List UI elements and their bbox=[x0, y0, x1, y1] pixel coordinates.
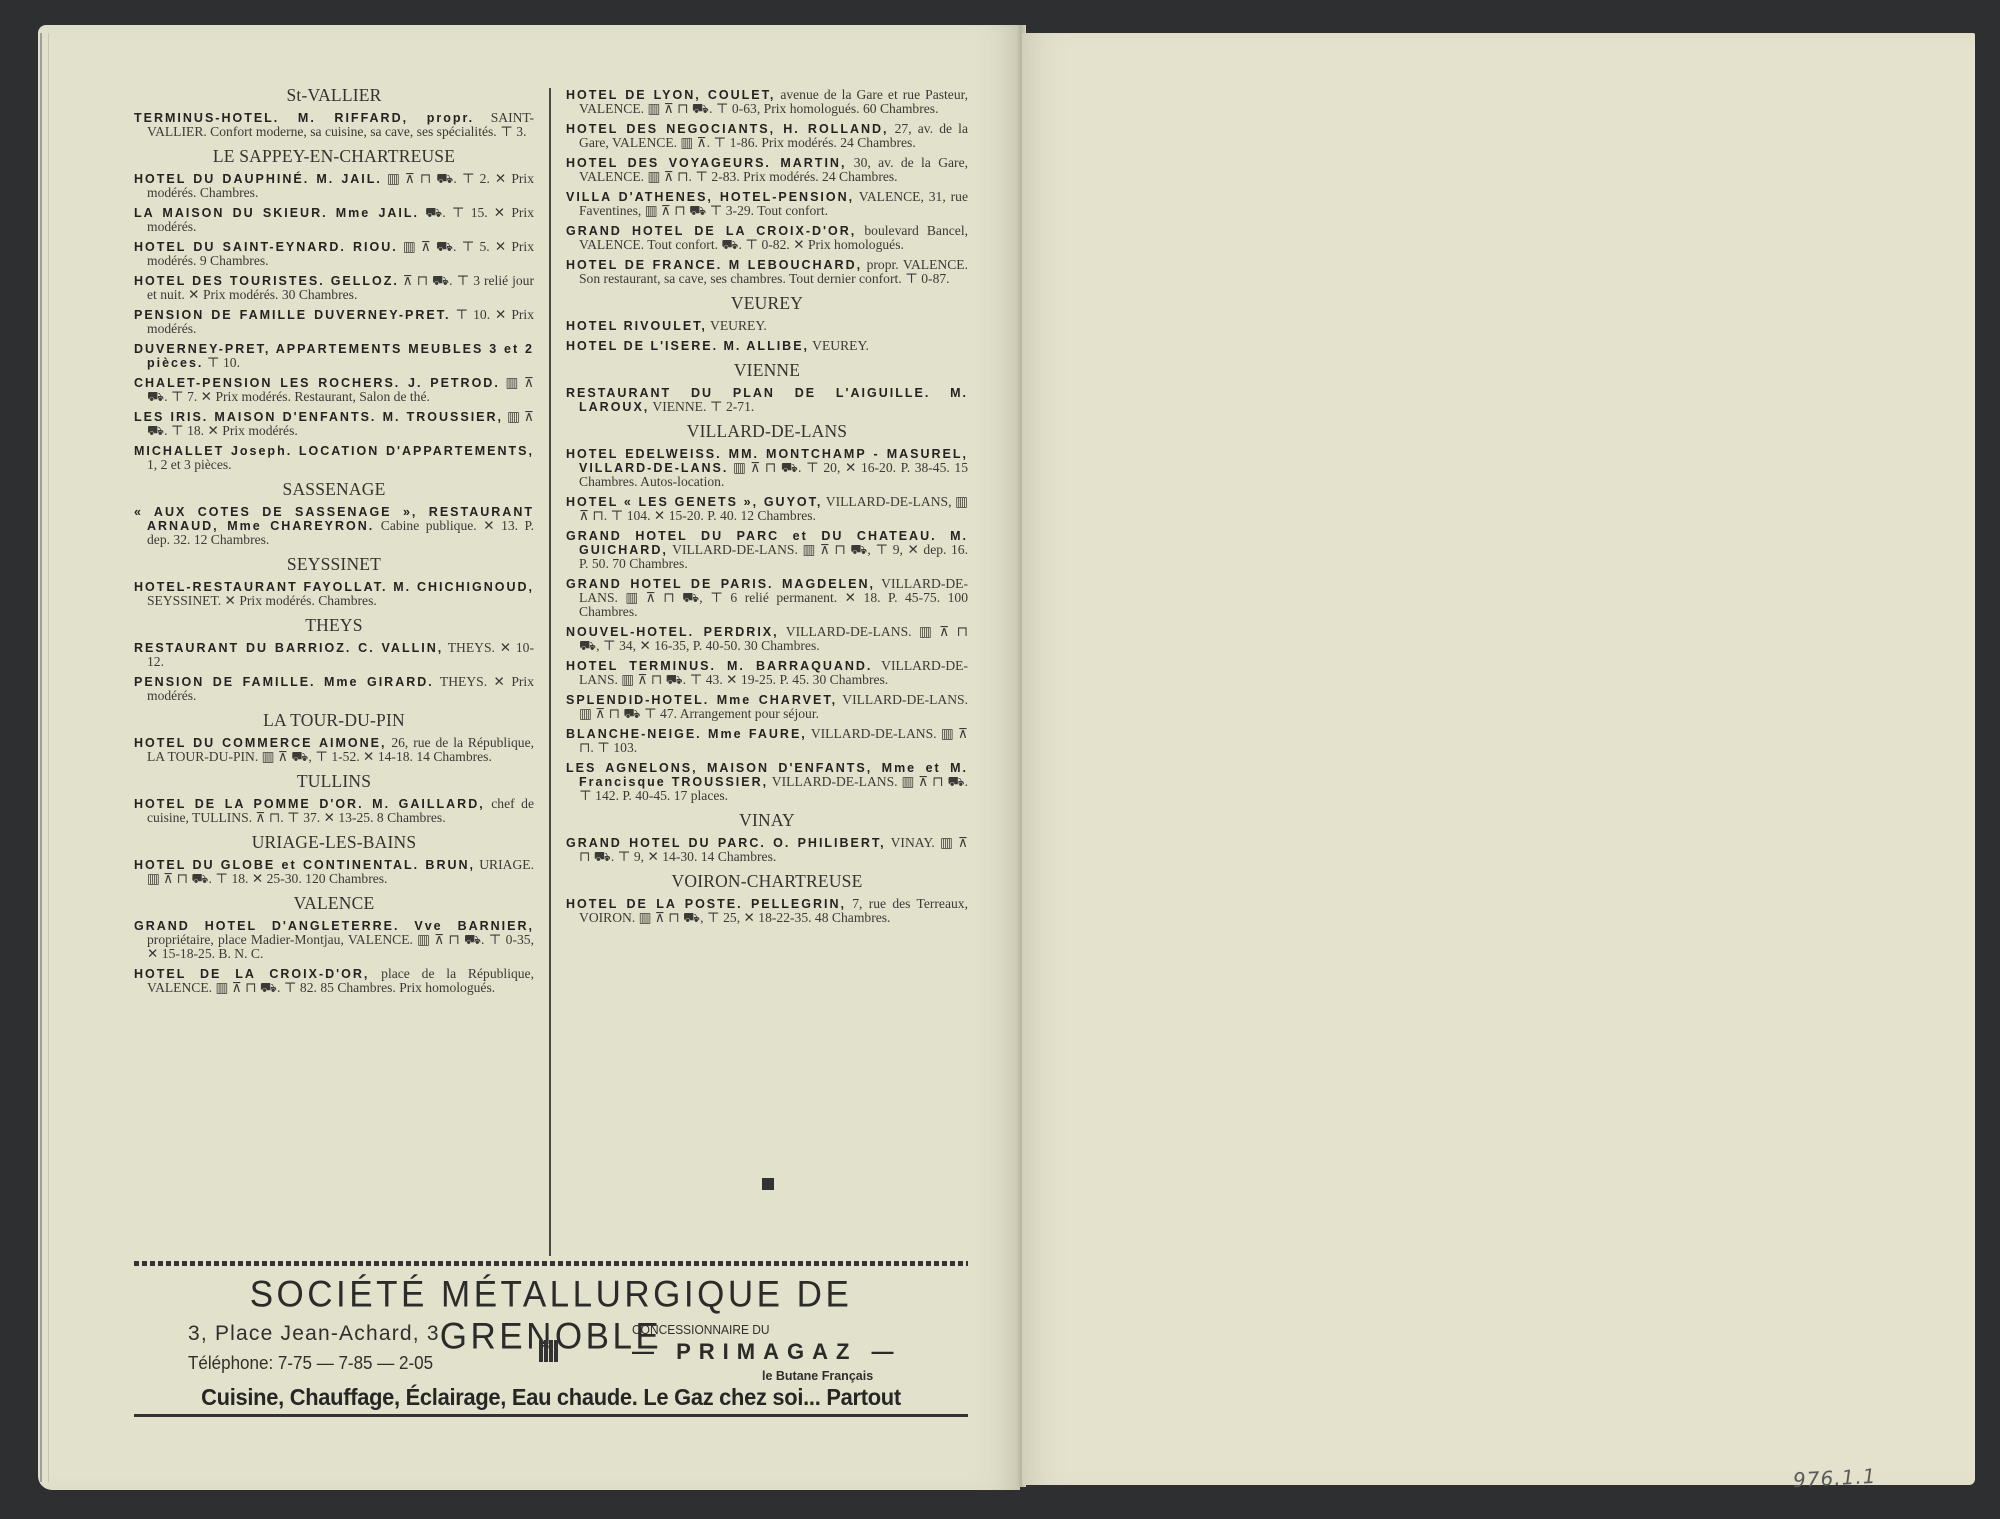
hotel-detail: VEUREY. bbox=[707, 318, 767, 333]
ad-concession-label: CONCESSIONNAIRE DU bbox=[632, 1322, 770, 1337]
town-heading: THEYS bbox=[134, 618, 534, 632]
town-heading: URIAGE-LES-BAINS bbox=[134, 835, 534, 849]
hotel-name: NOUVEL-HOTEL. PERDRIX, bbox=[566, 625, 779, 639]
directory-column-right: HOTEL DE LYON, COULET, avenue de la Gare… bbox=[566, 88, 968, 931]
hotel-name: PENSION DE FAMILLE. Mme GIRARD. bbox=[134, 675, 434, 689]
hotel-entry: NOUVEL-HOTEL. PERDRIX, VILLARD-DE-LANS. … bbox=[566, 625, 968, 653]
hotel-entry: PENSION DE FAMILLE DUVERNEY-PRET. ⊤ 10. … bbox=[134, 308, 534, 336]
hotel-entry: VILLA D'ATHENES, HOTEL-PENSION, VALENCE,… bbox=[566, 190, 968, 218]
right-page-blank bbox=[1022, 33, 1975, 1485]
hotel-detail: propriétaire, place Madier-Montjau, VALE… bbox=[147, 932, 534, 961]
hotel-name: HOTEL DU COMMERCE AIMONE, bbox=[134, 736, 386, 750]
ad-address: 3, Place Jean-Achard, 3 bbox=[188, 1322, 440, 1346]
hotel-entry: HOTEL DE LYON, COULET, avenue de la Gare… bbox=[566, 88, 968, 116]
hotel-entry: HOTEL TERMINUS. M. BARRAQUAND. VILLARD-D… bbox=[566, 659, 968, 687]
town-heading: LA TOUR-DU-PIN bbox=[134, 713, 534, 727]
hotel-entry: HOTEL DU SAINT-EYNARD. RIOU. ▥ ⊼ ⛟. ⊤ 5.… bbox=[134, 240, 534, 268]
hotel-name: TERMINUS-HOTEL. M. RIFFARD, propr. bbox=[134, 111, 474, 125]
hotel-detail: SEYSSINET. ✕ Prix modérés. Chambres. bbox=[147, 593, 377, 608]
hotel-name: HOTEL DE L'ISERE. M. ALLIBE, bbox=[566, 339, 809, 353]
hotel-name: GRAND HOTEL DU PARC. O. PHILIBERT, bbox=[566, 836, 886, 850]
column-divider bbox=[549, 88, 551, 1256]
hotel-entry: MICHALLET Joseph. LOCATION D'APPARTEMENT… bbox=[134, 444, 534, 472]
hotel-name: MICHALLET Joseph. LOCATION D'APPARTEMENT… bbox=[134, 444, 534, 458]
hotel-entry: HOTEL DE LA POMME D'OR. M. GAILLARD, che… bbox=[134, 797, 534, 825]
town-heading: TULLINS bbox=[134, 774, 534, 788]
hotel-entry: LA MAISON DU SKIEUR. Mme JAIL. ⛟. ⊤ 15. … bbox=[134, 206, 534, 234]
ad-slogan: Cuisine, Chauffage, Éclairage, Eau chaud… bbox=[163, 1384, 939, 1411]
hotel-name: RESTAURANT DU PLAN DE L'AIGUILLE. M. LAR… bbox=[566, 386, 968, 414]
town-heading: SEYSSINET bbox=[134, 557, 534, 571]
hotel-entry: GRAND HOTEL DU PARC. O. PHILIBERT, VINAY… bbox=[566, 836, 968, 864]
hotel-entry: HOTEL DES NEGOCIANTS, H. ROLLAND, 27, av… bbox=[566, 122, 968, 150]
hotel-name: GRAND HOTEL DE LA CROIX-D'OR, bbox=[566, 224, 856, 238]
hotel-name: LES IRIS. MAISON D'ENFANTS. M. TROUSSIER… bbox=[134, 410, 503, 424]
hotel-name: HOTEL DU DAUPHINÉ. M. JAIL. bbox=[134, 172, 382, 186]
hotel-entry: DUVERNEY-PRET, APPARTEMENTS MEUBLES 3 et… bbox=[134, 342, 534, 370]
hotel-name: VILLA D'ATHENES, HOTEL-PENSION, bbox=[566, 190, 854, 204]
directory-column-left: St-VALLIERTERMINUS-HOTEL. M. RIFFARD, pr… bbox=[134, 88, 534, 1001]
hotel-detail: ⊤ 10. bbox=[203, 355, 240, 370]
hotel-name: HOTEL DE LYON, COULET, bbox=[566, 88, 775, 102]
hotel-entry: RESTAURANT DU PLAN DE L'AIGUILLE. M. LAR… bbox=[566, 386, 968, 414]
hotel-name: LA MAISON DU SKIEUR. Mme JAIL. bbox=[134, 206, 419, 220]
hotel-name: HOTEL-RESTAURANT FAYOLLAT. M. CHICHIGNOU… bbox=[134, 580, 534, 594]
hotel-name: HOTEL « LES GENETS », GUYOT, bbox=[566, 495, 822, 509]
hotel-entry: GRAND HOTEL DE PARIS. MAGDELEN, VILLARD-… bbox=[566, 577, 968, 619]
ad-bottom-rule bbox=[134, 1414, 968, 1417]
hotel-detail: 1, 2 et 3 pièces. bbox=[147, 457, 232, 472]
hotel-detail: VEUREY. bbox=[809, 338, 869, 353]
hotel-name: PENSION DE FAMILLE DUVERNEY-PRET. bbox=[134, 308, 450, 322]
hotel-entry: HOTEL DU COMMERCE AIMONE, 26, rue de la … bbox=[134, 736, 534, 764]
hotel-name: HOTEL DU GLOBE et CONTINENTAL. BRUN, bbox=[134, 858, 475, 872]
hotel-entry: TERMINUS-HOTEL. M. RIFFARD, propr. SAINT… bbox=[134, 111, 534, 139]
hotel-entry: LES IRIS. MAISON D'ENFANTS. M. TROUSSIER… bbox=[134, 410, 534, 438]
town-heading: St-VALLIER bbox=[134, 88, 534, 102]
hotel-name: BLANCHE-NEIGE. Mme FAURE, bbox=[566, 727, 807, 741]
hotel-entry: BLANCHE-NEIGE. Mme FAURE, VILLARD-DE-LAN… bbox=[566, 727, 968, 755]
hotel-name: GRAND HOTEL DE PARIS. MAGDELEN, bbox=[566, 577, 875, 591]
hotel-name: HOTEL DE LA CROIX-D'OR, bbox=[134, 967, 369, 981]
town-heading: SASSENAGE bbox=[134, 482, 534, 496]
hotel-entry: LES AGNELONS, MAISON D'ENFANTS, Mme et M… bbox=[566, 761, 968, 803]
hotel-entry: HOTEL DE L'ISERE. M. ALLIBE, VEUREY. bbox=[566, 339, 968, 353]
town-heading: VEUREY bbox=[566, 296, 968, 310]
hotel-name: HOTEL DES NEGOCIANTS, H. ROLLAND, bbox=[566, 122, 889, 136]
town-heading: VILLARD-DE-LANS bbox=[566, 424, 968, 438]
hotel-name: DUVERNEY-PRET, APPARTEMENTS MEUBLES 3 et… bbox=[134, 342, 534, 370]
hotel-entry: HOTEL DE LA POSTE. PELLEGRIN, 7, rue des… bbox=[566, 897, 968, 925]
hotel-entry: HOTEL RIVOULET, VEUREY. bbox=[566, 319, 968, 333]
hotel-name: HOTEL DU SAINT-EYNARD. RIOU. bbox=[134, 240, 398, 254]
town-heading: VOIRON-CHARTREUSE bbox=[566, 874, 968, 888]
hotel-name: HOTEL DE FRANCE. M LEBOUCHARD, bbox=[566, 258, 862, 272]
hotel-name: GRAND HOTEL D'ANGLETERRE. Vve BARNIER, bbox=[134, 919, 534, 933]
town-heading: VIENNE bbox=[566, 363, 968, 377]
hotel-name: SPLENDID-HOTEL. Mme CHARVET, bbox=[566, 693, 837, 707]
archive-shelf-mark: 976.1.1 bbox=[1792, 1464, 1876, 1492]
hotel-entry: RESTAURANT DU BARRIOZ. C. VALLIN, THEYS.… bbox=[134, 641, 534, 669]
hotel-name: HOTEL TERMINUS. M. BARRAQUAND. bbox=[566, 659, 872, 673]
dotted-rule bbox=[134, 1261, 968, 1266]
hotel-entry: SPLENDID-HOTEL. Mme CHARVET, VILLARD-DE-… bbox=[566, 693, 968, 721]
hotel-entry: HOTEL DES TOURISTES. GELLOZ. ⊼ ⊓ ⛟. ⊤ 3 … bbox=[134, 274, 534, 302]
hotel-name: HOTEL DE LA POMME D'OR. M. GAILLARD, bbox=[134, 797, 485, 811]
hotel-entry: GRAND HOTEL DE LA CROIX-D'OR, boulevard … bbox=[566, 224, 968, 252]
hotel-entry: CHALET-PENSION LES ROCHERS. J. PETROD. ▥… bbox=[134, 376, 534, 404]
hotel-entry: GRAND HOTEL DU PARC et DU CHATEAU. M. GU… bbox=[566, 529, 968, 571]
hotel-entry: HOTEL EDELWEISS. MM. MONTCHAMP - MASUREL… bbox=[566, 447, 968, 489]
hotel-entry: HOTEL DE FRANCE. M LEBOUCHARD, propr. VA… bbox=[566, 258, 968, 286]
hotel-entry: HOTEL DE LA CROIX-D'OR, place de la Répu… bbox=[134, 967, 534, 995]
hotel-entry: HOTEL DU DAUPHINÉ. M. JAIL. ▥ ⊼ ⊓ ⛟. ⊤ 2… bbox=[134, 172, 534, 200]
hotel-entry: HOTEL « LES GENETS », GUYOT, VILLARD-DE-… bbox=[566, 495, 968, 523]
ad-brand-tagline: le Butane Français bbox=[762, 1369, 873, 1383]
end-mark-square bbox=[762, 1178, 774, 1190]
hotel-entry: PENSION DE FAMILLE. Mme GIRARD. THEYS. ✕… bbox=[134, 675, 534, 703]
town-heading: LE SAPPEY-EN-CHARTREUSE bbox=[134, 149, 534, 163]
hotel-name: HOTEL DES VOYAGEURS. MARTIN, bbox=[566, 156, 846, 170]
town-heading: VINAY bbox=[566, 813, 968, 827]
ad-brand: — PRIMAGAZ — bbox=[632, 1339, 902, 1365]
hotel-entry: GRAND HOTEL D'ANGLETERRE. Vve BARNIER, p… bbox=[134, 919, 534, 961]
hotel-entry: HOTEL-RESTAURANT FAYOLLAT. M. CHICHIGNOU… bbox=[134, 580, 534, 608]
hotel-name: RESTAURANT DU BARRIOZ. C. VALLIN, bbox=[134, 641, 443, 655]
hotel-detail: VIENNE. ⊤ 2-71. bbox=[649, 399, 754, 414]
hotel-name: HOTEL DES TOURISTES. GELLOZ. bbox=[134, 274, 399, 288]
ad-phone: Téléphone: 7-75 — 7-85 — 2-05 bbox=[188, 1352, 433, 1374]
hotel-name: HOTEL RIVOULET, bbox=[566, 319, 707, 333]
hotel-entry: HOTEL DU GLOBE et CONTINENTAL. BRUN, URI… bbox=[134, 858, 534, 886]
hotel-entry: « AUX COTES DE SASSENAGE », RESTAURANT A… bbox=[134, 505, 534, 547]
hotel-name: HOTEL DE LA POSTE. PELLEGRIN, bbox=[566, 897, 846, 911]
town-heading: VALENCE bbox=[134, 896, 534, 910]
hotel-name: CHALET-PENSION LES ROCHERS. J. PETROD. bbox=[134, 376, 500, 390]
grid-logo-icon bbox=[539, 1340, 559, 1362]
hotel-entry: HOTEL DES VOYAGEURS. MARTIN, 30, av. de … bbox=[566, 156, 968, 184]
